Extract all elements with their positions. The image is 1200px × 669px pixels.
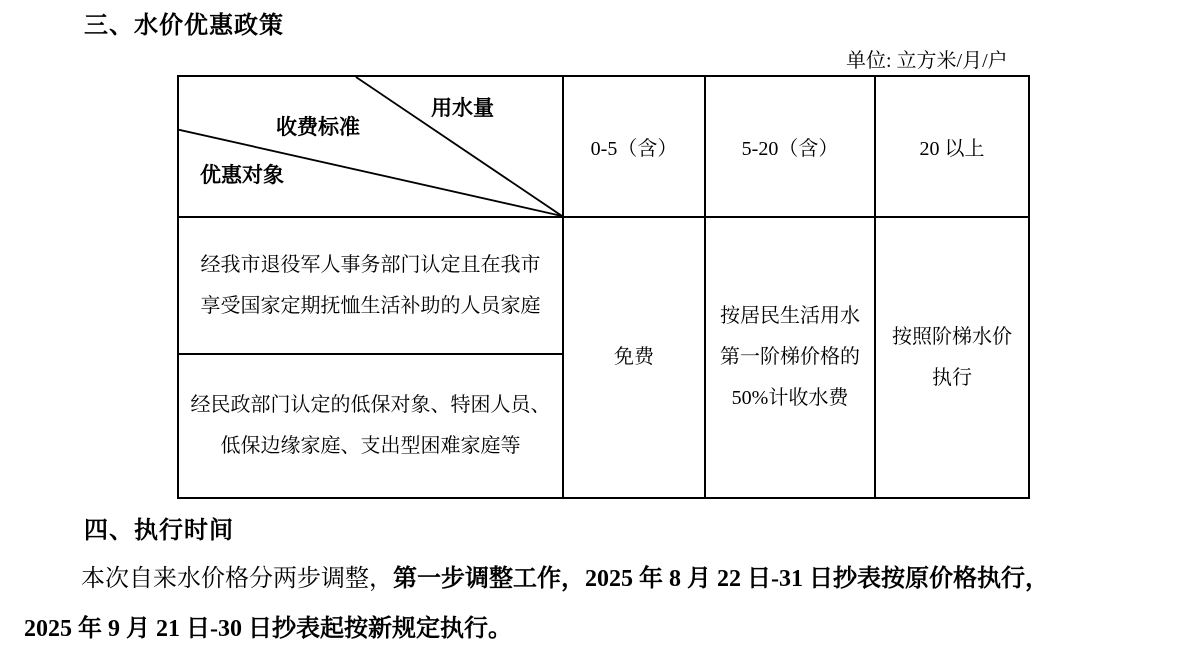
value-cell-tier1: 免费	[563, 217, 705, 498]
value-cell-tier2: 按居民生活用水 第一阶梯价格的 50%计收水费	[705, 217, 875, 498]
corner-label-discount-target: 优惠对象	[200, 165, 284, 186]
target-cell-veterans: 经我市退役军人事务部门认定且在我市 享受国家定期抚恤生活补助的人员家庭	[178, 217, 563, 354]
value-cell-tier3: 按照阶梯水价 执行	[875, 217, 1029, 498]
low-income-text-line2: 低保边缘家庭、支出型困难家庭等	[179, 426, 562, 467]
diagonal-split-lines	[179, 77, 562, 216]
tier2-value-line3: 50%计收水费	[706, 378, 874, 419]
column-header-tier3: 20 以上	[875, 76, 1029, 217]
paragraph-bold-text-line2: 2025 年 9 月 21 日-30 日抄表起按新规定执行。	[24, 616, 512, 642]
column-header-tier2: 5-20（含）	[705, 76, 875, 217]
tier1-value-text: 免费	[564, 337, 704, 378]
section-3-title: 三、水价优惠政策	[84, 5, 284, 40]
corner-label-charge-standard: 收费标准	[276, 117, 360, 138]
document-page: { "colors": { "text": "#000000", "table_…	[0, 0, 1200, 669]
table-header-row: 用水量 收费标准 优惠对象 0-5（含） 5-20（含） 20 以上	[178, 76, 1029, 217]
tier2-value-line2: 第一阶梯价格的	[706, 337, 874, 378]
corner-label-water-usage: 用水量	[431, 98, 494, 119]
execution-time-paragraph: 本次自来水价格分两步调整，第一步调整工作，2025 年 8 月 22 日-31 …	[24, 554, 1194, 654]
paragraph-bold-text-line1: 第一步调整工作，2025 年 8 月 22 日-31 日抄表按原价格执行，	[393, 566, 1049, 592]
column-header-tier1: 0-5（含）	[563, 76, 705, 217]
paragraph-line-1: 本次自来水价格分两步调整，第一步调整工作，2025 年 8 月 22 日-31 …	[24, 554, 1194, 604]
paragraph-line-2: 2025 年 9 月 21 日-30 日抄表起按新规定执行。	[24, 604, 1194, 654]
low-income-text-line1: 经民政部门认定的低保对象、特困人员、	[179, 385, 562, 426]
target-cell-low-income: 经民政部门认定的低保对象、特困人员、 低保边缘家庭、支出型困难家庭等	[178, 354, 563, 498]
tier2-value-line1: 按居民生活用水	[706, 296, 874, 337]
water-price-discount-table: 用水量 收费标准 优惠对象 0-5（含） 5-20（含） 20 以上 经我市退役…	[177, 75, 1030, 499]
paragraph-normal-text: 本次自来水价格分两步调整，	[81, 566, 393, 592]
unit-note: 单位: 立方米/月/户	[846, 44, 1008, 73]
section-4-title: 四、执行时间	[84, 510, 234, 545]
diagonal-header-cell: 用水量 收费标准 优惠对象	[178, 76, 563, 217]
table-row-veterans: 经我市退役军人事务部门认定且在我市 享受国家定期抚恤生活补助的人员家庭 免费 按…	[178, 217, 1029, 354]
veterans-text-line2: 享受国家定期抚恤生活补助的人员家庭	[179, 286, 562, 327]
veterans-text-line1: 经我市退役军人事务部门认定且在我市	[179, 245, 562, 286]
tier3-value-line1: 按照阶梯水价	[876, 317, 1028, 358]
tier3-value-line2: 执行	[876, 358, 1028, 399]
